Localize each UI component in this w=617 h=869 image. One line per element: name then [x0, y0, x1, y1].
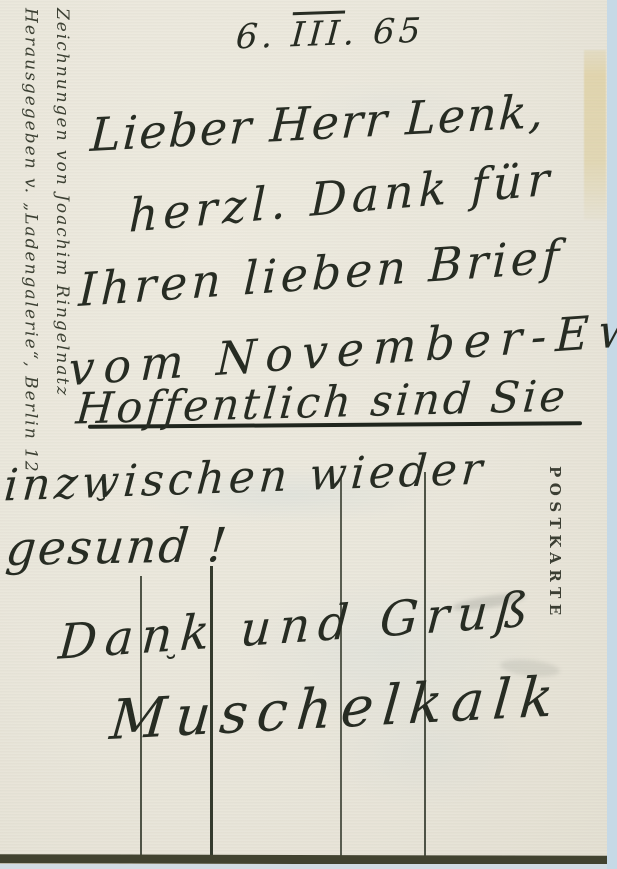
- handwritten-date: 6. III. 65: [235, 11, 426, 58]
- date-year: . 65: [342, 11, 426, 54]
- tape-remnant: [584, 50, 606, 220]
- message-line: herzl. Dank für: [128, 151, 554, 243]
- postcard-scan: Zeichnungen von Joachim Ringelnatz Herau…: [0, 0, 617, 869]
- message-line-closing: Dank und Gruß: [57, 581, 538, 671]
- imprint-line-2: Herausgegeben v. „Ladengalerie“, Berlin …: [14, 8, 45, 458]
- vertical-divider-line: [424, 472, 426, 862]
- date-day: 6.: [235, 16, 278, 58]
- vertical-divider-line: [340, 478, 342, 862]
- message-line: gesund !: [4, 518, 231, 577]
- postcard-back: Zeichnungen von Joachim Ringelnatz Herau…: [0, 0, 607, 865]
- message-line-salutation: Lieber Herr Lenk,: [89, 84, 547, 162]
- date-month-roman: III: [290, 13, 345, 55]
- scanner-bottom-strip: [0, 864, 607, 869]
- message-line: Ihren lieben Brief: [78, 229, 564, 317]
- postkarte-label: POSTKARTE: [546, 466, 564, 621]
